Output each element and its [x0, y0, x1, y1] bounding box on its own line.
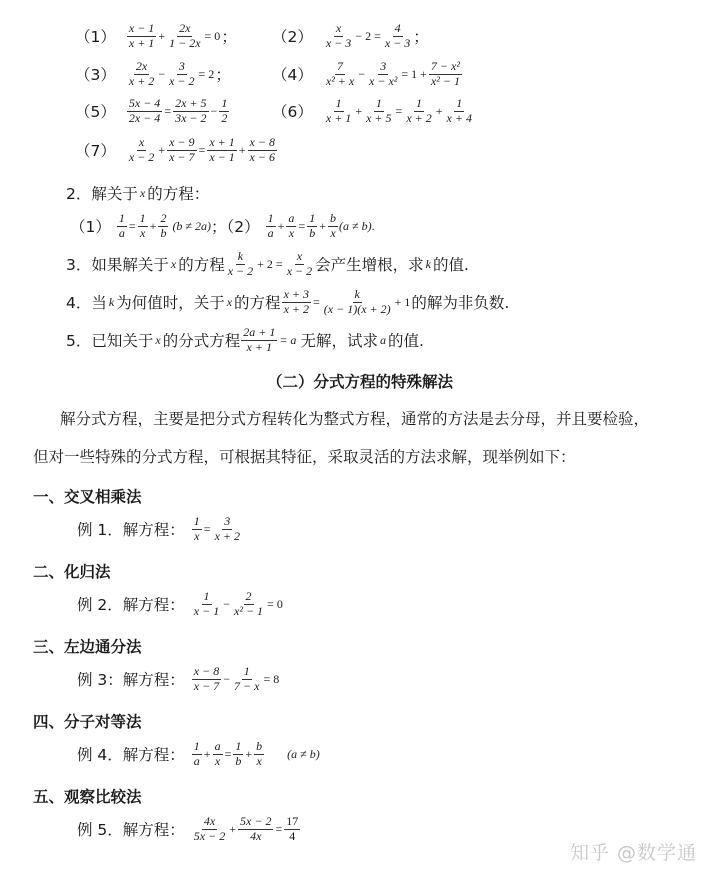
exercise-item-3: （3） 2xx + 2 − 3x − 2 = 2 ；	[75, 60, 231, 89]
fraction: x − 1x + 1	[127, 22, 156, 51]
intro-line-1: 解分式方程，主要是把分式方程转化为整式方程，通常的方法是去分母，并且要检验，	[60, 407, 649, 429]
fraction: 5x − 42x − 4	[127, 97, 162, 126]
method-1-example: 例 1．解方程： 1x = 3x + 2	[77, 515, 243, 544]
section-title: （二）分式方程的特殊解法	[0, 370, 720, 392]
exercise-item-5: （5） 5x − 42x − 4 = 2x + 53x − 2 − 12	[75, 97, 230, 126]
exercise-item-7: （7） xx − 2 + x − 9x − 7 = x + 1x − 1 + x…	[75, 136, 278, 165]
fraction: x − 8x − 6	[248, 136, 277, 165]
fraction: 2x + 53x − 2	[173, 97, 208, 126]
fraction: 1x + 4	[445, 97, 474, 126]
problem-2-parts: （1） 1a = 1x + 2b (b ≠ 2a) ；（2） 1a + ax =…	[70, 212, 375, 241]
method-2-heading: 二、化归法	[33, 560, 111, 582]
method-5-example: 例 5．解方程： 4x5x − 2 + 5x − 24x = 174	[77, 815, 301, 844]
problem-5: 5．已知关于 x 的分式方程 2a + 1x + 1 = a 无解，试求 a 的…	[66, 326, 424, 355]
watermark: 知乎 @数学通	[570, 838, 697, 865]
item-label: （4）	[272, 63, 313, 85]
method-4-example: 例 4．解方程： 1a + ax = 1b + bx (a ≠ b)	[77, 740, 320, 769]
fraction: 1x + 5	[364, 97, 393, 126]
exercise-item-6: （6） 1x + 1 + 1x + 5 = 1x + 2 + 1x + 4	[272, 97, 475, 126]
method-4-heading: 四、分子对等法	[33, 710, 142, 732]
fraction: 12	[219, 97, 229, 126]
fraction: x + 1x − 1	[207, 136, 236, 165]
item-label: （2）	[272, 25, 313, 47]
method-1-heading: 一、交叉相乘法	[33, 485, 142, 507]
intro-line-2: 但对一些特殊的分式方程，可根据其特征，采取灵活的方法求解，现举例如下：	[33, 445, 576, 467]
exercise-item-1: （1） x − 1x + 1 + 2x1 − 2x = 0 ；	[75, 22, 237, 51]
item-label: （7）	[75, 139, 116, 161]
method-3-example: 例 3：解方程： x − 8x − 7 − 17 − x = 8	[77, 665, 280, 694]
fraction: 3x − x²	[367, 60, 399, 89]
problem-4: 4．当 k 为何值时，关于 x 的方程 x + 3x + 2 = k(x − 1…	[66, 288, 509, 317]
exercise-item-4: （4） 7x² + x − 3x − x² = 1 + 7 − x²x² − 1	[272, 60, 463, 89]
fraction: xx − 2	[127, 136, 156, 165]
fraction: xx − 3	[324, 22, 353, 51]
method-3-heading: 三、左边通分法	[33, 635, 142, 657]
item-label: （3）	[75, 63, 116, 85]
item-label: （6）	[272, 100, 313, 122]
fraction: x − 9x − 7	[167, 136, 196, 165]
item-label: （1）	[75, 25, 116, 47]
fraction: 4x − 3	[383, 22, 412, 51]
fraction: 2x1 − 2x	[167, 22, 202, 51]
fraction: 7 − x²x² − 1	[429, 60, 462, 89]
fraction: 7x² + x	[324, 60, 356, 89]
method-2-example: 例 2．解方程： 1x − 1 − 2x² − 1 = 0	[77, 590, 284, 619]
method-5-heading: 五、观察比较法	[33, 785, 142, 807]
fraction: 1x + 1	[324, 97, 353, 126]
problem-3: 3．如果解关于 x 的方程 kx − 2 + 2 = xx − 2 会产生增根，…	[66, 250, 469, 279]
exercise-item-2: （2） xx − 3 − 2 = 4x − 3 ；	[272, 22, 429, 51]
fraction: 2xx + 2	[127, 60, 156, 89]
problem-2-title: 2．解关于 x 的方程：	[66, 182, 209, 204]
item-label: （5）	[75, 100, 116, 122]
fraction: 1x + 2	[404, 97, 433, 126]
fraction: 3x − 2	[167, 60, 196, 89]
